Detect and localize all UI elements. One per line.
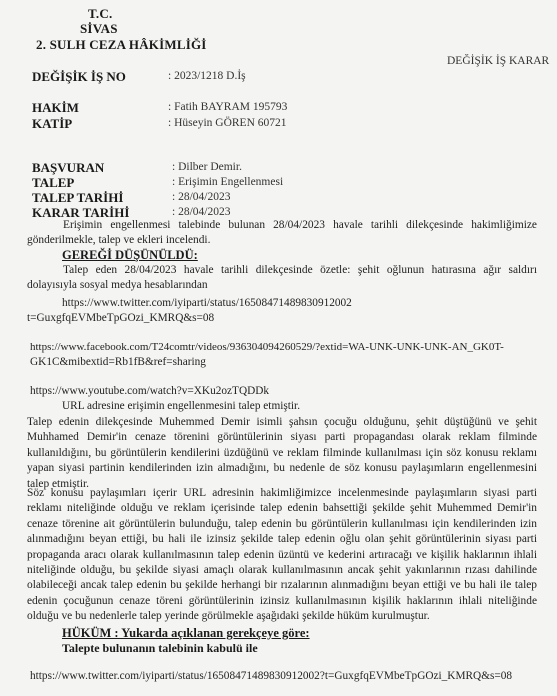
document-type: DEĞİŞİK İŞ KARAR [447, 55, 549, 67]
paragraph-1: Talep edenin dilekçesinde Muhemmed Demir… [27, 415, 537, 492]
reasoning-heading: GEREĞİ DÜŞÜNÜLDÜ: [62, 248, 198, 263]
url-twitter-2: https://www.twitter.com/iyiparti/status/… [30, 670, 512, 682]
url-facebook-b: GK1C&mibextid=Rb1fB&ref=sharing [30, 356, 206, 368]
file-no-value: : 2023/1218 D.İş [168, 70, 246, 82]
verdict-heading: HÜKÜM : Yukarda açıklanan gerekçeye göre… [62, 626, 310, 641]
file-no-label: DEĞİŞİK İŞ NO [32, 69, 126, 85]
request-date-label: TALEP TARİHİ [32, 190, 123, 206]
applicant-value: : Dilber Demir. [172, 161, 242, 173]
request-summary: Talep eden 28/04/2023 havale tarihli dil… [27, 263, 537, 294]
intro-paragraph: Erişimin engellenmesi talebinde bulunan … [27, 218, 537, 249]
judge-label: HAKİM [32, 100, 79, 116]
paragraph-2: Söz konusu paylaşımları içerir URL adres… [27, 486, 537, 625]
header-court: 2. SULH CEZA HÂKİMLİĞİ [36, 37, 207, 53]
url-request-text: URL adresine erişimin engellenmesini tal… [62, 400, 300, 412]
header-city: SİVAS [80, 21, 118, 37]
decision-date-value: : 28/04/2023 [172, 206, 230, 218]
url-twitter-1a: https://www.twitter.com/iyiparti/status/… [62, 297, 352, 309]
url-youtube: https://www.youtube.com/watch?v=XKu2ozTQ… [30, 385, 269, 397]
url-facebook-a: https://www.facebook.com/T24comtr/videos… [30, 341, 504, 353]
header-country: T.C. [88, 6, 112, 22]
verdict-line: Talepte bulunanın talebinin kabulü ile [62, 641, 258, 656]
request-label: TALEP [32, 175, 74, 191]
clerk-value: : Hüseyin GÖREN 60721 [168, 117, 287, 129]
judge-value: : Fatih BAYRAM 195793 [168, 101, 287, 113]
clerk-label: KATİP [32, 116, 72, 132]
request-value: : Erişimin Engellenmesi [172, 176, 283, 188]
request-date-value: : 28/04/2023 [172, 191, 230, 203]
court-decision-page: T.C. SİVAS 2. SULH CEZA HÂKİMLİĞİ DEĞİŞİ… [0, 0, 557, 696]
applicant-label: BAŞVURAN [32, 160, 104, 176]
url-twitter-1b: t=GuxgfqEVMbeTpGOzi_KMRQ&s=08 [27, 312, 214, 324]
